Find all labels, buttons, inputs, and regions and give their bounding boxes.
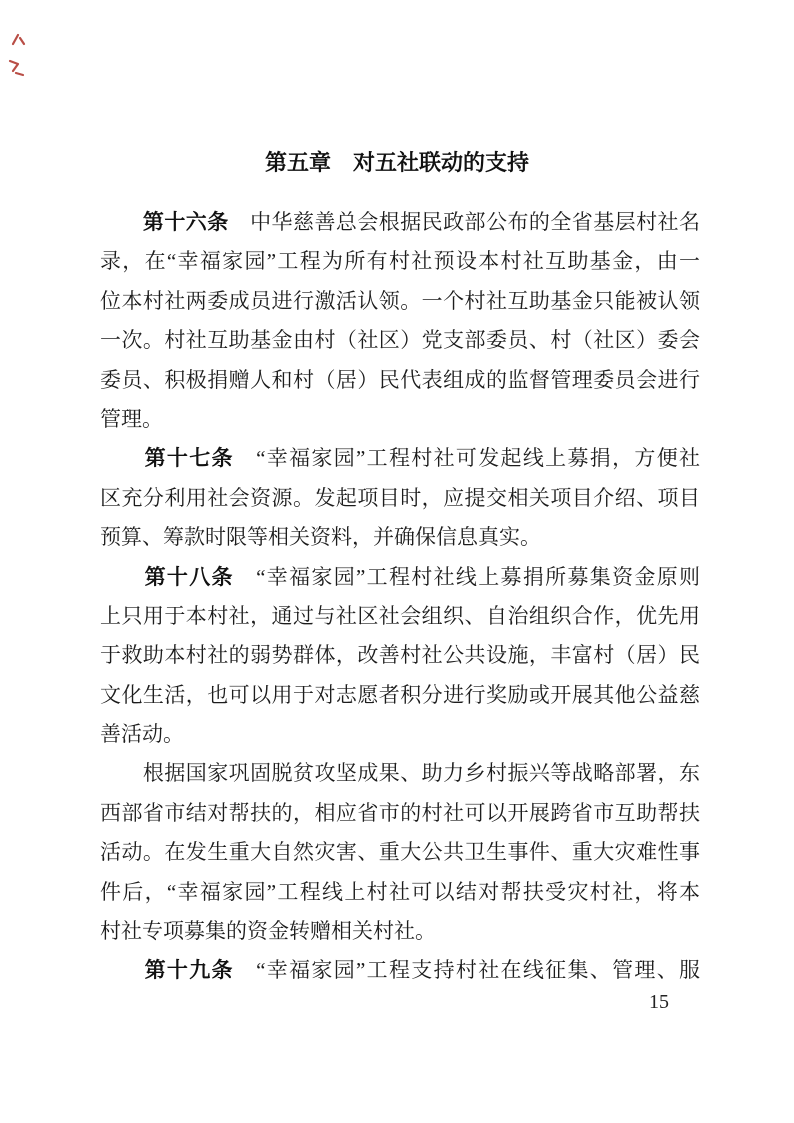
text-line: 活动。在发生重大自然灾害、重大公共卫生事件、重大灾难性事	[100, 833, 700, 872]
text-line: 位本村社两委成员进行激活认领。一个村社互助基金只能被认领	[100, 282, 700, 321]
article-number: 第十七条	[100, 446, 234, 470]
document-page: 第五章 对五社联动的支持 第十六条 中华慈善总会根据民政部公布的全省基层村社名录…	[0, 0, 794, 1123]
line-text: 中华慈善总会根据民政部公布的全省基层村社名	[229, 210, 700, 234]
line-text: 一次。村社互助基金由村（社区）党支部委员、村（社区）委会	[100, 328, 700, 352]
line-text: 活动。在发生重大自然灾害、重大公共卫生事件、重大灾难性事	[100, 840, 700, 864]
line-text: 村社专项募集的资金转赠相关村社。	[100, 919, 436, 943]
line-text: 文化生活，也可以用于对志愿者积分进行奖励或开展其他公益慈	[100, 683, 700, 707]
text-line: 件后，“幸福家园”工程线上村社可以结对帮扶受灾村社，将本	[100, 873, 700, 912]
text-line: 录，在“幸福家园”工程为所有村社预设本村社互助基金，由一	[100, 242, 700, 281]
line-text: 位本村社两委成员进行激活认领。一个村社互助基金只能被认领	[100, 289, 700, 313]
line-text: “幸福家园”工程支持村社在线征集、管理、服	[234, 958, 700, 982]
text-line: 于救助本村社的弱势群体，改善村社公共设施，丰富村（居）民	[100, 636, 700, 675]
text-line: 第十九条 “幸福家园”工程支持村社在线征集、管理、服	[100, 951, 700, 990]
line-text: 区充分利用社会资源。发起项目时，应提交相关项目介绍、项目	[100, 486, 700, 510]
text-line: 上只用于本村社，通过与社区社会组织、自治组织合作，优先用	[100, 597, 700, 636]
line-text: 西部省市结对帮扶的，相应省市的村社可以开展跨省市互助帮扶	[100, 801, 700, 825]
text-line: 区充分利用社会资源。发起项目时，应提交相关项目介绍、项目	[100, 479, 700, 518]
article-number: 第十八条	[100, 565, 234, 589]
line-text: 根据国家巩固脱贫攻坚成果、助力乡村振兴等战略部署，东	[100, 761, 700, 785]
line-text: 善活动。	[100, 722, 184, 746]
line-text: 预算、筹款时限等相关资料，并确保信息真实。	[100, 525, 541, 549]
text-line: 预算、筹款时限等相关资料，并确保信息真实。	[100, 518, 700, 557]
line-text: “幸福家园”工程村社线上募捐所募集资金原则	[234, 565, 700, 589]
line-text: 委员、积极捐赠人和村（居）民代表组成的监督管理委员会进行	[100, 368, 700, 392]
line-text: 录，在“幸福家园”工程为所有村社预设本村社互助基金，由一	[100, 249, 700, 273]
page-number: 15	[649, 990, 669, 1014]
text-line: 第十八条 “幸福家园”工程村社线上募捐所募集资金原则	[100, 558, 700, 597]
text-line: 一次。村社互助基金由村（社区）党支部委员、村（社区）委会	[100, 321, 700, 360]
body-text: 第十六条 中华慈善总会根据民政部公布的全省基层村社名录，在“幸福家园”工程为所有…	[100, 203, 700, 991]
text-line: 第十六条 中华慈善总会根据民政部公布的全省基层村社名	[100, 203, 700, 242]
text-line: 西部省市结对帮扶的，相应省市的村社可以开展跨省市互助帮扶	[100, 794, 700, 833]
line-text: 件后，“幸福家园”工程线上村社可以结对帮扶受灾村社，将本	[100, 880, 700, 904]
text-line: 委员、积极捐赠人和村（居）民代表组成的监督管理委员会进行	[100, 361, 700, 400]
text-line: 文化生活，也可以用于对志愿者积分进行奖励或开展其他公益慈	[100, 676, 700, 715]
line-text: 管理。	[100, 407, 163, 431]
line-text: “幸福家园”工程村社可发起线上募捐，方便社	[234, 446, 700, 470]
article-number: 第十六条	[100, 210, 229, 234]
line-text: 上只用于本村社，通过与社区社会组织、自治组织合作，优先用	[100, 604, 700, 628]
chapter-title: 第五章 对五社联动的支持	[0, 148, 794, 178]
line-text: 于救助本村社的弱势群体，改善村社公共设施，丰富村（居）民	[100, 643, 700, 667]
article-number: 第十九条	[100, 958, 234, 982]
text-line: 第十七条 “幸福家园”工程村社可发起线上募捐，方便社	[100, 439, 700, 478]
red-ink-mark	[10, 32, 28, 48]
text-line: 根据国家巩固脱贫攻坚成果、助力乡村振兴等战略部署，东	[100, 754, 700, 793]
text-line: 善活动。	[100, 715, 700, 754]
text-line: 村社专项募集的资金转赠相关村社。	[100, 912, 700, 951]
red-ink-mark	[6, 57, 28, 79]
text-line: 管理。	[100, 400, 700, 439]
